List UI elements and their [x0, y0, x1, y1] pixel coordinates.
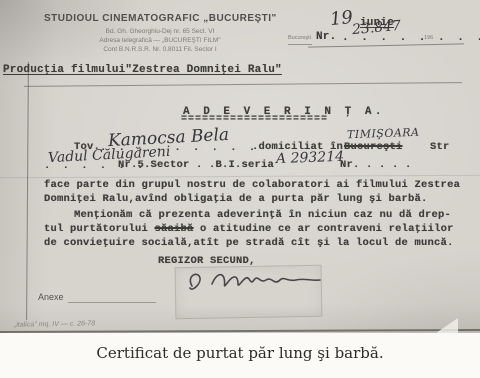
handwritten-day: 19: [329, 7, 354, 30]
production-title-line: Producţia filmului"Zestrea Domniţei Ralu…: [3, 64, 282, 76]
printers-mark: „italica" mq. IV — c. 26-78: [14, 320, 95, 328]
studio-address-line1: Bd. Gh. Gheorghiu-Dej nr. 65 Sect. VI: [44, 27, 276, 36]
nr-sector-seria-label: Nr.5.Sector . .B.I.seria: [118, 159, 274, 171]
body-text-fragment: tul purtătorului: [44, 223, 155, 235]
photo-caption: Certificat de purtat păr lung şi barbă.: [0, 344, 480, 362]
scan-bottom-edge: [0, 329, 480, 333]
city-field-rule: [288, 44, 312, 45]
handwritten-city-correction: TIMIŞOARA: [347, 126, 420, 142]
studio-address-line2: Adresa telegrafică — „BUCUREŞTI FILM": [44, 36, 276, 45]
body-text-line: Menţionăm că prezenta adeverinţă în nici…: [74, 209, 451, 221]
body-text-fragment: o atitudine ce ar contraveni relaţiilor: [194, 223, 454, 235]
document-title-underline: =====================: [181, 114, 328, 125]
year-prefix: 196: [424, 35, 433, 41]
nr-label: Nr.: [316, 31, 336, 43]
body-text-line: Domniţei Ralu,avînd obligaţia de a purta…: [44, 193, 428, 205]
anexe-fill-line: [68, 302, 156, 303]
handwritten-serial: A 293214: [276, 149, 345, 167]
header-separator-rule: [24, 82, 462, 87]
scanned-certificate: STUDIOUL CINEMATOGRAFIC „BUCUREŞTI" Bd. …: [0, 0, 480, 333]
struck-city: Bucureşti: [344, 141, 403, 153]
line2-nr-label: Nr. . . . .: [340, 159, 412, 171]
body-text-line: tul purtătorului săaibă o atitudine ce a…: [44, 223, 454, 235]
fold-crease: [0, 175, 480, 179]
form-left-rule: [26, 62, 29, 320]
city-label: Bucureşti: [288, 35, 311, 41]
street-label: Str: [430, 141, 450, 153]
number-field-rule: [308, 43, 464, 47]
studio-address-line3: Cont B.N.R.S.R. Nr. 0.8011 Fil. Sector I: [44, 45, 276, 54]
page-corner-fold: [436, 318, 458, 333]
body-text-line: de convieţuire socială,atît pe stradă cî…: [44, 237, 454, 249]
body-text-line: face parte din grupul nostru de colabora…: [44, 179, 460, 191]
anexe-label: Anexe: [38, 292, 64, 302]
studio-name: STUDIOUL CINEMATOGRAFIC „BUCUREŞTI": [44, 13, 276, 24]
struck-word: săaibă: [155, 223, 194, 235]
